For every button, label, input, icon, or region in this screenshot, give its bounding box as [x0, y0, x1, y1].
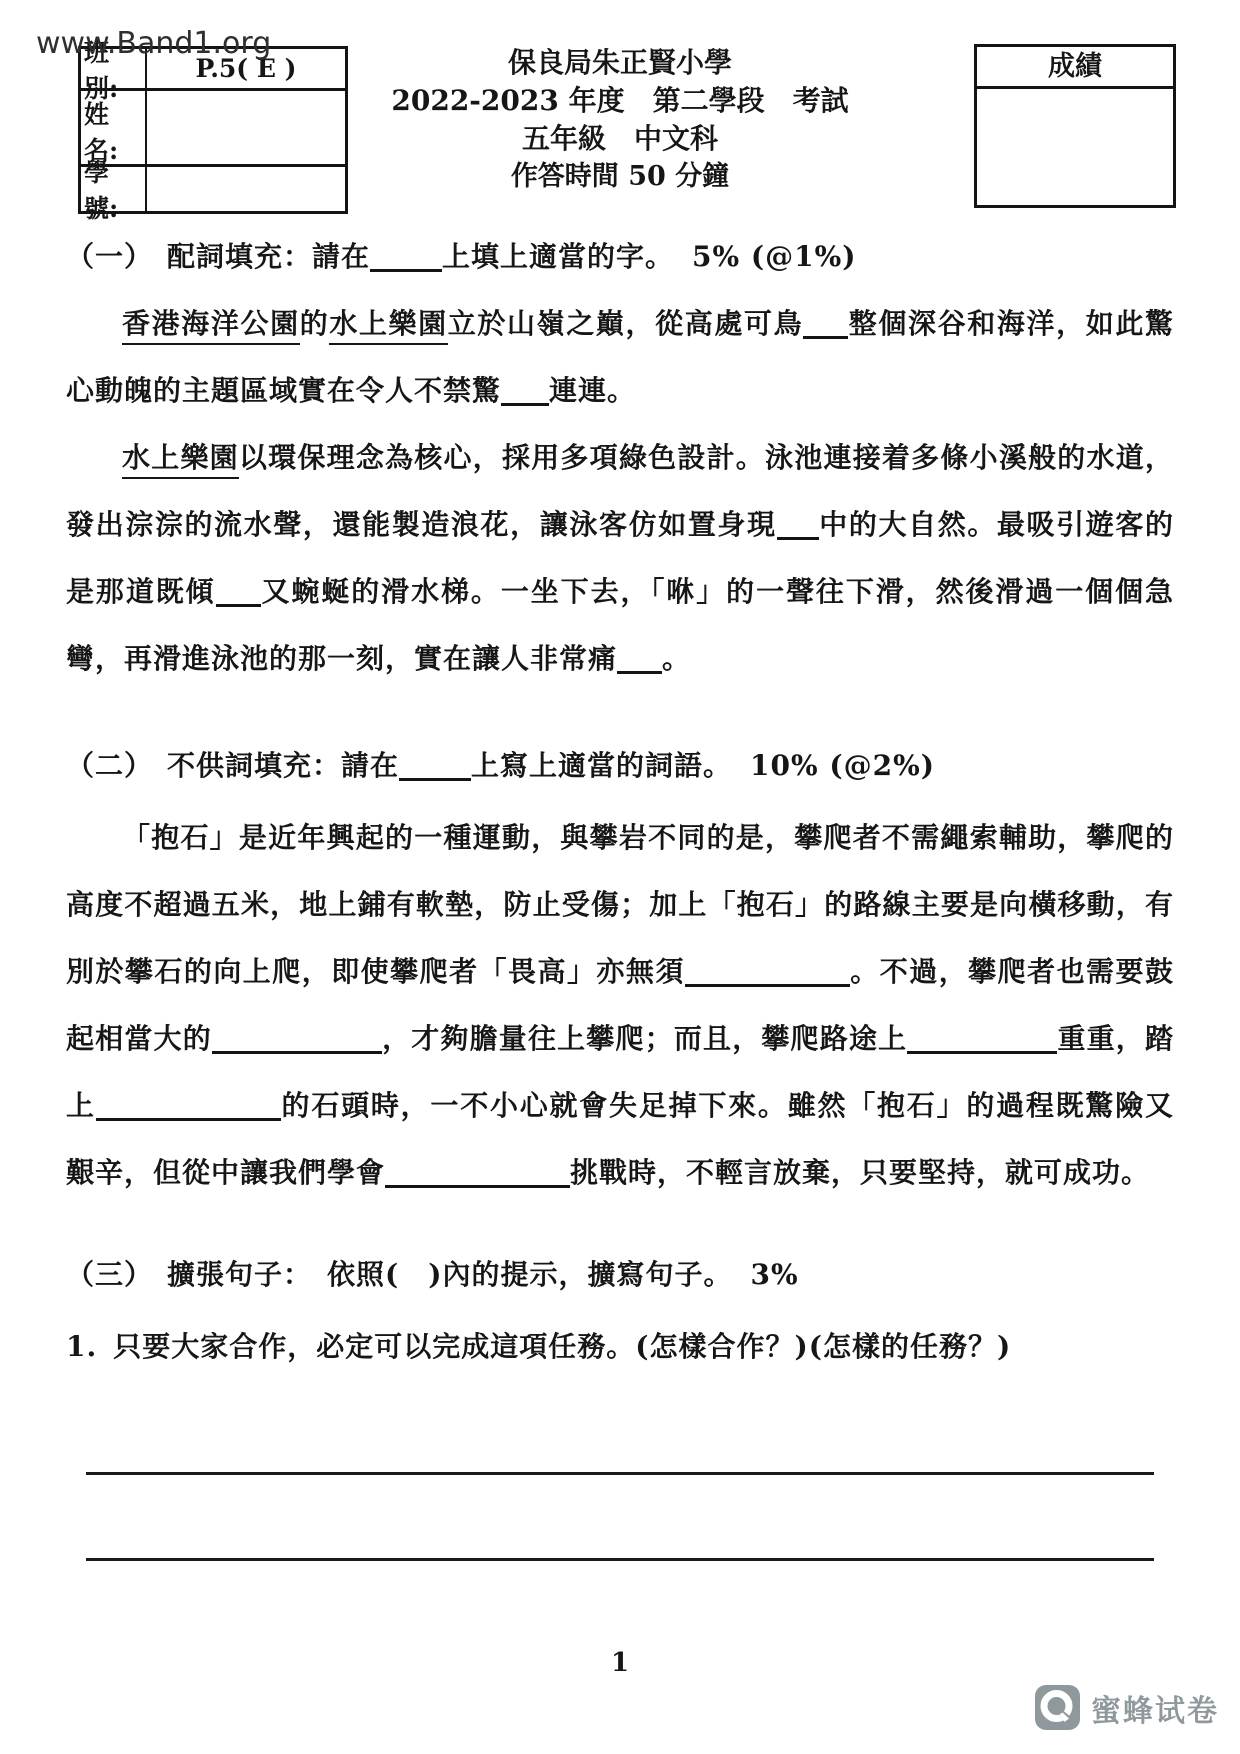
body-text: 的	[300, 307, 330, 340]
body-text: ，才夠膽量往上攀爬；而且，攀爬路途上	[382, 1022, 907, 1055]
school-name: 保良局朱正賢小學	[300, 44, 940, 82]
fill-blank-10	[385, 1184, 570, 1188]
section3-instruction: 擴張句子： 依照( )內的提示，擴寫句子。	[167, 1258, 733, 1291]
fill-blank-4	[216, 603, 261, 607]
fill-blank-5	[617, 670, 662, 674]
grade-subject: 五年級 中文科	[300, 120, 940, 158]
section2-heading: （二）不供詞填充：請在上寫上適當的詞語。10% (@2%)	[66, 732, 1174, 799]
section3-marks: 3%	[751, 1258, 799, 1291]
exam-duration: 作答時間 50 分鐘	[300, 158, 940, 196]
exam-paper-page: www.Band1.org 班別: P.5( E ) 姓名: 學號: 保良局朱正…	[0, 0, 1240, 1754]
body-text: 立於山嶺之巔，從高處可鳥	[448, 307, 803, 340]
section2-instruction-pre: 不供詞填充：請在	[167, 749, 399, 782]
score-box-title: 成績	[977, 47, 1173, 89]
section2-marks: 10% (@2%)	[750, 749, 935, 782]
answer-line-1	[86, 1472, 1154, 1475]
answer-line-2	[86, 1558, 1154, 1561]
exam-title: 2022-2023 年度 第二學段 考試	[300, 82, 940, 120]
fill-blank-8	[907, 1050, 1057, 1054]
question-1: 1.只要大家合作，必定可以完成這項任務。(怎樣合作？)(怎樣的任務？)	[66, 1313, 1174, 1380]
section3-number: （三）	[66, 1258, 153, 1291]
underlined-term: 水上樂園	[329, 307, 447, 345]
section1-instruction-post: 上填上適當的字。	[442, 240, 674, 273]
brand-footer: 蜜蜂试卷	[1034, 1684, 1219, 1731]
name-value-field	[147, 91, 345, 167]
body-text: 。	[662, 642, 691, 675]
body-text: 又蜿蜒的滑水梯。一坐下去，「咻」的一聲往下滑，然後滑過一個個急彎，再滑進泳池的那…	[66, 575, 1174, 675]
student-id-label: 學號:	[81, 167, 147, 211]
fill-blank-6	[685, 983, 850, 987]
student-id-value-field	[147, 167, 345, 211]
section1-instruction-pre: 配詞填充：請在	[167, 240, 370, 273]
exam-content: （一）配詞填充：請在上填上適當的字。5% (@1%) 香港海洋公園的水上樂園立於…	[0, 215, 1240, 1561]
section1-paragraph-1: 香港海洋公園的水上樂園立於山嶺之巔，從高處可鳥整個深谷和海洋，如此驚心動魄的主題…	[66, 290, 1174, 424]
fill-blank-1	[803, 335, 848, 339]
underlined-term: 水上樂園	[122, 441, 239, 479]
student-info-table: 班別: P.5( E ) 姓名: 學號:	[78, 46, 348, 214]
section2-heading-blank	[399, 777, 471, 781]
section2-paragraph: 「抱石」是近年興起的一種運動，與攀岩不同的是，攀爬者不需繩索輔助，攀爬的高度不超…	[66, 804, 1174, 1206]
underlined-term: 香港海洋公園	[122, 307, 300, 345]
section1-marks: 5% (@1%)	[692, 240, 856, 273]
brand-name: 蜜蜂试卷	[1091, 1686, 1219, 1730]
fill-blank-7	[212, 1050, 382, 1054]
fill-blank-9	[96, 1117, 281, 1121]
section1-number: （一）	[66, 240, 153, 273]
question-1-text: 只要大家合作，必定可以完成這項任務。(怎樣合作？)(怎樣的任務？)	[113, 1330, 1011, 1363]
exam-header: 保良局朱正賢小學 2022-2023 年度 第二學段 考試 五年級 中文科 作答…	[300, 44, 940, 196]
section2-number: （二）	[66, 749, 153, 782]
section3-heading: （三）擴張句子： 依照( )內的提示，擴寫句子。3%	[66, 1241, 1174, 1308]
section1-paragraph-2: 水上樂園以環保理念為核心，採用多項綠色設計。泳池連接着多條小溪般的水道，發出淙淙…	[66, 424, 1174, 692]
fill-blank-2	[501, 402, 549, 406]
section2-instruction-post: 上寫上適當的詞語。	[471, 749, 732, 782]
score-box-blank-area	[977, 89, 1173, 207]
section1-heading: （一）配詞填充：請在上填上適當的字。5% (@1%)	[66, 223, 1174, 290]
bee-paper-logo-icon	[1034, 1684, 1081, 1731]
fill-blank-3	[777, 536, 819, 540]
score-box: 成績	[974, 44, 1176, 208]
section1-heading-blank	[370, 268, 442, 272]
question-1-number: 1.	[66, 1330, 97, 1363]
body-text: 連連。	[549, 374, 636, 407]
body-text: 挑戰時，不輕言放棄，只要堅持，就可成功。	[570, 1156, 1150, 1189]
watermark-url: www.Band1.org	[36, 26, 271, 61]
page-number: 1	[0, 1648, 1240, 1678]
